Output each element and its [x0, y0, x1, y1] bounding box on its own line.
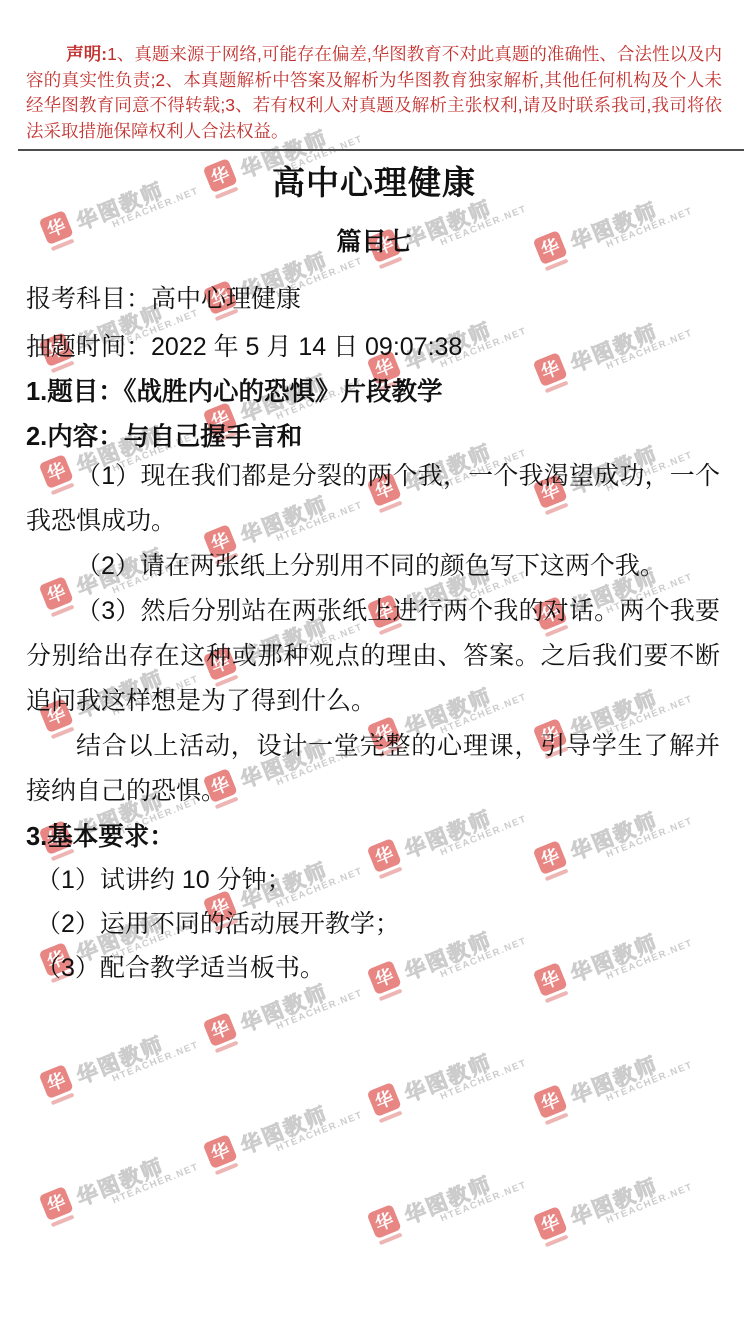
watermark-text: 华图教师 HTEACHER.NET	[400, 1046, 497, 1108]
meta-draw-time: 抽题时间：2022 年 5 月 14 日 09:07:38	[26, 331, 720, 363]
huatu-logo-caption	[379, 1233, 403, 1245]
huatu-logo-glyph: 华	[45, 1070, 68, 1093]
watermark-cn-text: 华图教师	[402, 1173, 496, 1229]
huatu-logo-icon: 华	[39, 1186, 78, 1228]
watermark-cn-text: 华图教师	[238, 1103, 332, 1159]
meta-subject-value: 高中心理健康	[151, 285, 301, 313]
watermark: 华 华图教师 HTEACHER.NET	[538, 1083, 688, 1127]
watermark: 华 华图教师 HTEACHER.NET	[208, 1133, 358, 1177]
huatu-logo-glyph: 华	[209, 1140, 232, 1163]
body-column: 报考科目：高中心理健康 抽题时间：2022 年 5 月 14 日 09:07:3…	[0, 283, 748, 986]
huatu-logo-caption	[51, 1215, 75, 1227]
watermark-cn-text: 华图教师	[568, 1053, 662, 1109]
huatu-logo-glyph: 华	[373, 1210, 396, 1233]
huatu-logo-caption	[215, 1163, 239, 1175]
page-title: 高中心理健康	[0, 163, 748, 203]
meta-draw-time-label: 抽题时间：	[26, 333, 151, 361]
content-heading: 2.内容：与自己握手言和	[26, 420, 720, 454]
watermark-text: 华图教师 HTEACHER.NET	[566, 1048, 663, 1110]
watermark-cn-text: 华图教师	[402, 1051, 496, 1107]
huatu-logo-glyph: 华	[373, 1088, 396, 1111]
huatu-logo-glyph: 华	[45, 1192, 68, 1215]
watermark: 华 华图教师 HTEACHER.NET	[372, 1203, 522, 1247]
huatu-logo-caption	[545, 1235, 569, 1247]
watermark-cn-text: 华图教师	[74, 1033, 168, 1089]
watermark-cn-text: 华图教师	[74, 1155, 168, 1211]
huatu-logo-icon: 华	[367, 1204, 406, 1246]
huatu-logo-icon: 华	[203, 1012, 242, 1054]
watermark-group: 华 华图教师 HTEACHER.NET	[531, 1155, 687, 1252]
content-paragraph: 结合以上活动，设计一堂完整的心理课，引导学生了解并接纳自己的恐惧。	[26, 724, 720, 814]
watermark-text: 华图教师 HTEACHER.NET	[72, 1028, 169, 1090]
huatu-logo-icon: 华	[367, 1082, 406, 1124]
watermark: 华 华图教师 HTEACHER.NET	[208, 1011, 358, 1055]
watermark-text: 华图教师 HTEACHER.NET	[236, 1098, 333, 1160]
watermark-en-text: HTEACHER.NET	[111, 1039, 201, 1084]
content-paragraph: （3）然后分别站在两张纸上进行两个我的对话。两个我要分别给出存在这种或那种观点的…	[26, 589, 720, 724]
huatu-logo-caption	[379, 989, 403, 1001]
watermark-group: 华 华图教师 HTEACHER.NET	[37, 1135, 193, 1232]
requirement-item: （2）运用不同的活动展开教学；	[26, 906, 720, 942]
disclaimer: 声明:1、真题来源于网络,可能存在偏差,华图教育不对此真题的准确性、合法性以及内…	[26, 42, 722, 144]
watermark-group: 华 华图教师 HTEACHER.NET	[365, 1031, 521, 1128]
meta-draw-time-value: 2022 年 5 月 14 日 09:07:38	[151, 333, 462, 361]
watermark-cn-text: 华图教师	[568, 1175, 662, 1231]
watermark-group: 华 华图教师 HTEACHER.NET	[531, 1033, 687, 1130]
document-page: 华 华图教师 HTEACHER.NET 华 华图教师 HTEACHER.NET …	[0, 0, 748, 1335]
watermark-text: 华图教师 HTEACHER.NET	[566, 1170, 663, 1232]
huatu-logo-caption	[545, 1113, 569, 1125]
meta-subject: 报考科目：高中心理健康	[26, 283, 720, 315]
watermark-en-text: HTEACHER.NET	[275, 987, 365, 1032]
huatu-logo-caption	[379, 1111, 403, 1123]
divider-rule	[18, 149, 744, 151]
content-paragraph: （2）请在两张纸上分别用不同的颜色写下这两个我。	[26, 544, 720, 589]
huatu-logo-glyph: 华	[209, 1018, 232, 1041]
watermark: 华 华图教师 HTEACHER.NET	[538, 1205, 688, 1249]
watermark-cn-text: 华图教师	[238, 981, 332, 1037]
huatu-logo-icon: 华	[39, 1064, 78, 1106]
topic-heading: 1.题目：《战胜内心的恐惧》片段教学	[26, 375, 720, 409]
watermark-en-text: HTEACHER.NET	[275, 1109, 365, 1154]
watermark-group: 华 华图教师 HTEACHER.NET	[365, 1153, 521, 1250]
huatu-logo-glyph: 华	[539, 1212, 562, 1235]
content-paragraph: （1）现在我们都是分裂的两个我，一个我渴望成功，一个我恐惧成功。	[26, 454, 720, 544]
disclaimer-label: 声明:	[66, 44, 107, 64]
watermark-text: 华图教师 HTEACHER.NET	[400, 1168, 497, 1230]
huatu-logo-caption	[545, 991, 569, 1003]
huatu-logo-caption	[51, 1093, 75, 1105]
watermark-en-text: HTEACHER.NET	[605, 1059, 695, 1104]
watermark-text: 华图教师 HTEACHER.NET	[72, 1150, 169, 1212]
huatu-logo-caption	[215, 1041, 239, 1053]
watermark-en-text: HTEACHER.NET	[439, 1057, 529, 1102]
requirement-item: （3）配合教学适当板书。	[26, 950, 720, 986]
watermark-group: 华 华图教师 HTEACHER.NET	[201, 1083, 357, 1180]
disclaimer-text: 1、真题来源于网络,可能存在偏差,华图教育不对此真题的准确性、合法性以及内容的真…	[26, 44, 722, 141]
huatu-logo-glyph: 华	[539, 1090, 562, 1113]
watermark-en-text: HTEACHER.NET	[605, 1181, 695, 1226]
huatu-logo-icon: 华	[533, 1206, 572, 1248]
watermark: 华 华图教师 HTEACHER.NET	[44, 1185, 194, 1229]
huatu-logo-icon: 华	[533, 1084, 572, 1126]
watermark: 华 华图教师 HTEACHER.NET	[44, 1063, 194, 1107]
requirement-item: （1）试讲约 10 分钟；	[26, 862, 720, 898]
requirements-heading: 3.基本要求：	[26, 820, 720, 854]
watermark-group: 华 华图教师 HTEACHER.NET	[37, 1013, 193, 1110]
watermark-en-text: HTEACHER.NET	[439, 1179, 529, 1224]
page-subtitle: 篇目七	[0, 225, 748, 259]
document-content: 声明:1、真题来源于网络,可能存在偏差,华图教育不对此真题的准确性、合法性以及内…	[0, 42, 748, 986]
watermark-en-text: HTEACHER.NET	[111, 1161, 201, 1206]
watermark: 华 华图教师 HTEACHER.NET	[372, 1081, 522, 1125]
meta-subject-label: 报考科目：	[26, 285, 151, 313]
huatu-logo-icon: 华	[203, 1134, 242, 1176]
